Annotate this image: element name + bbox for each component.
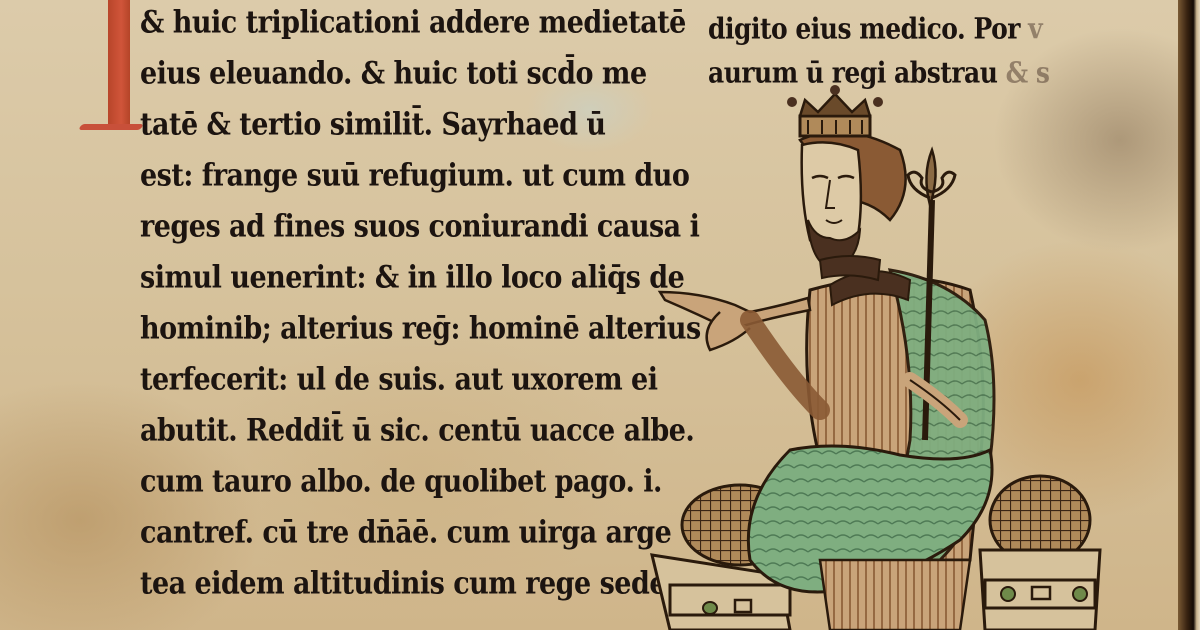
text-line: terfecerit: ul de suis. aut uxorem ei: [140, 357, 620, 416]
text-line: cum tauro albo. de quolibet pago. i.: [140, 459, 620, 518]
decorated-initial-foot: [78, 124, 143, 130]
text-line: hominib; alterius reḡ: hominē alterius i…: [140, 306, 620, 365]
book-spine-edge: [1178, 0, 1200, 630]
king-head-icon: [800, 132, 906, 280]
king-illustration: [640, 80, 1120, 630]
text-line-faded: v: [1028, 12, 1042, 45]
text-line-main: digito eius medico. Por: [708, 12, 1020, 45]
decorated-initial-red: [108, 0, 130, 128]
text-line: simul uenerint: & in illo loco aliq̄s de: [140, 255, 620, 314]
text-line: & huic triplicationi addere medietatē: [140, 0, 620, 59]
king-body-icon: [748, 270, 994, 630]
pointing-arm-icon: [660, 292, 820, 410]
text-line: est: frange suū refugium. ut cum duo: [140, 153, 620, 212]
text-line: eius eleuando. & huic toti scd̄o me: [140, 51, 620, 110]
text-line: abutit. Reddit̄ ū sic. centū uacce albe.: [140, 408, 620, 467]
text-line: cantref. cū tre dn̄āē. cum uirga arge: [140, 510, 620, 569]
text-line: tatē & tertio similit̄. Sayrhaed ū: [140, 102, 620, 161]
left-text-column: & huic triplicationi addere medietatē ei…: [140, 4, 620, 616]
text-line: reges ad fines suos coniurandi causa i: [140, 204, 620, 263]
crown-icon: [787, 85, 883, 136]
text-line: tea eidem altitudinis cum rege sedente: [140, 561, 620, 620]
manuscript-page: & huic triplicationi addere medietatē ei…: [0, 0, 1200, 630]
